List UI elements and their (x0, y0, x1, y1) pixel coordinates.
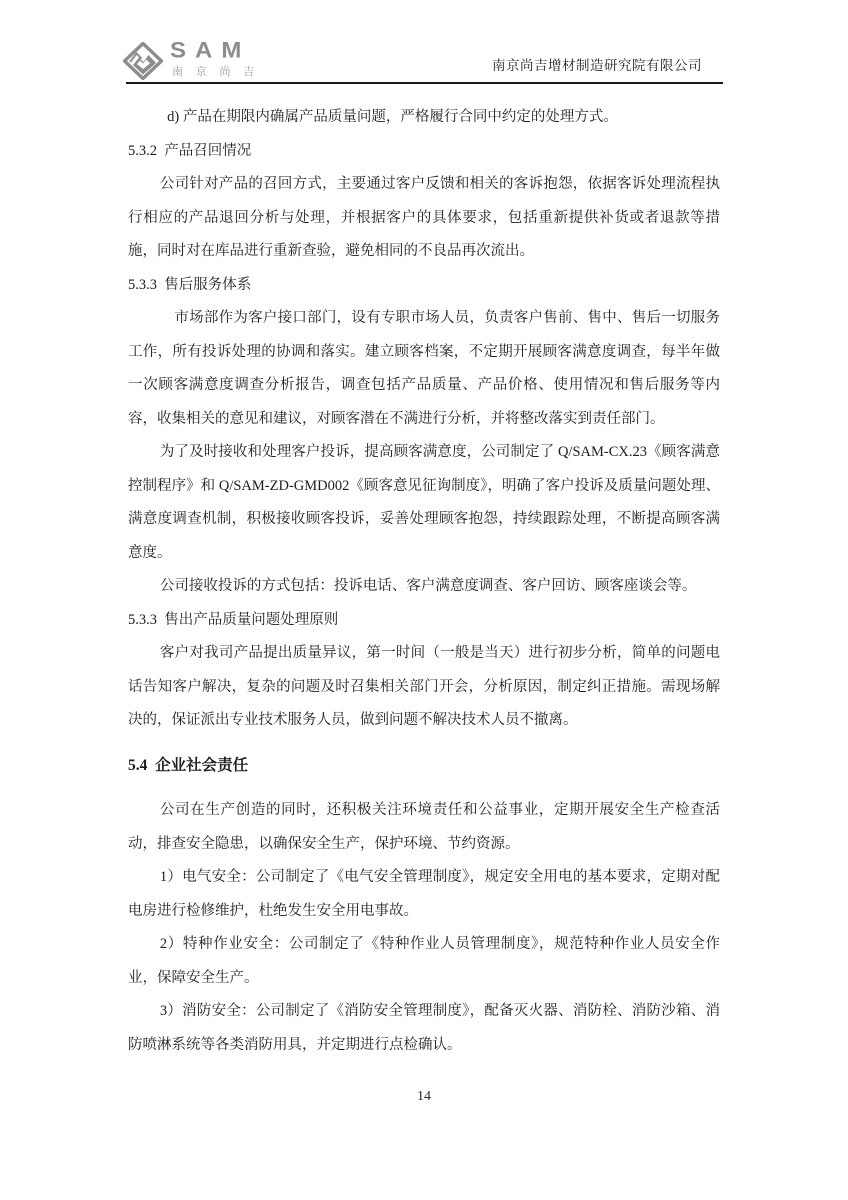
body-paragraph: 2）特种作业安全：公司制定了《特种作业人员管理制度》，规范特种作业人员安全作业，… (128, 928, 720, 995)
body-paragraph: 公司接收投诉的方式包括：投诉电话、客户满意度调查、客户回访、顾客座谈会等。 (128, 570, 720, 604)
list-item: d) 产品在期限内确属产品质量问题，严格履行合同中约定的处理方式。 (128, 101, 720, 135)
chapter-heading: 5.4 企业社会责任 (128, 749, 720, 783)
header-rule (126, 82, 723, 84)
body-paragraph: 客户对我司产品提出质量异议，第一时间（一般是当天）进行初步分析，简单的问题电话告… (128, 637, 720, 738)
body-paragraph: 公司针对产品的召回方式，主要通过客户反馈和相关的客诉抱怨，依据客诉处理流程执行相… (128, 168, 720, 269)
body-paragraph: 3）消防安全：公司制定了《消防安全管理制度》，配备灭火器、消防栓、消防沙箱、消防… (128, 995, 720, 1062)
document-page: SAM 南 京 尚 吉 南京尚吉增材制造研究院有限公司 d) 产品在期限内确属产… (0, 0, 848, 1200)
page-number: 14 (0, 1089, 848, 1105)
company-name: 南京尚吉增材制造研究院有限公司 (492, 54, 702, 74)
body-paragraph: 为了及时接收和处理客户投诉，提高顾客满意度，公司制定了 Q/SAM-CX.23《… (128, 436, 720, 570)
body-paragraph: 公司在生产创造的同时，还积极关注环境责任和公益事业，定期开展安全生产检查活动，排… (128, 794, 720, 861)
body-paragraph: 1）电气安全：公司制定了《电气安全管理制度》，规定安全用电的基本要求，定期对配电… (128, 861, 720, 928)
section-heading: 5.3.3 售出产品质量问题处理原则 (128, 604, 720, 638)
section-heading: 5.3.3 售后服务体系 (128, 269, 720, 303)
sam-logo-icon (123, 42, 163, 80)
document-body: d) 产品在期限内确属产品质量问题，严格履行合同中约定的处理方式。5.3.2 产… (128, 101, 720, 1062)
section-heading: 5.3.2 产品召回情况 (128, 135, 720, 169)
page-header: SAM 南 京 尚 吉 南京尚吉增材制造研究院有限公司 (0, 0, 848, 90)
body-paragraph: 市场部作为客户接口部门，设有专职市场人员，负责客户售前、售中、售后一切服务工作，… (128, 302, 720, 436)
logo-brand-text: SAM (170, 38, 250, 64)
logo-subtext: 南 京 尚 吉 (172, 63, 259, 79)
